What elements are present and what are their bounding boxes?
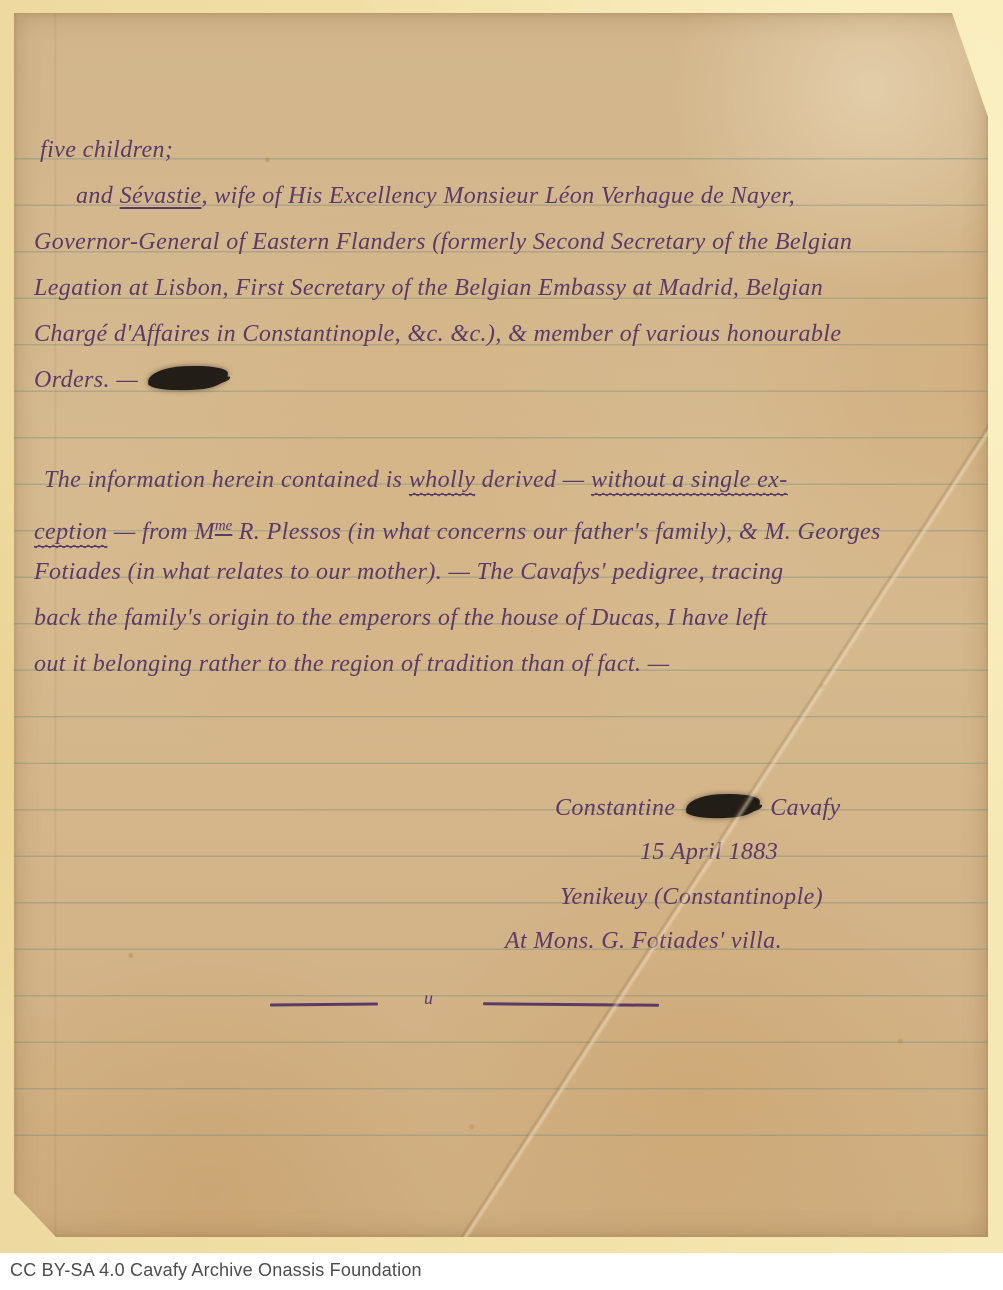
handwriting-line: At Mons. G. Fotiades' villa.: [505, 918, 782, 964]
divider-mark: u: [424, 988, 433, 1009]
handwriting-text: Constantine: [555, 795, 682, 821]
handwriting-text: Cavafy: [764, 795, 841, 821]
handwriting-line: Constantine Cavafy: [555, 785, 841, 831]
ink-blot-redaction: [685, 793, 760, 821]
handwriting-line: Yenikeuy (Constantinople): [560, 874, 823, 920]
handwriting-text: At Mons. G. Fotiades' villa.: [505, 928, 782, 954]
license-caption: CC BY-SA 4.0 Cavafy Archive Onassis Foun…: [0, 1253, 1003, 1287]
scanned-document-background: five children;and Sévastie, wife of His …: [0, 0, 1003, 1253]
divider-stroke-right: [483, 1002, 659, 1007]
license-caption-bar: CC BY-SA 4.0 Cavafy Archive Onassis Foun…: [0, 1253, 1003, 1290]
divider-stroke-left: [270, 1002, 378, 1006]
signature-block: Constantine Cavafy15 April 1883Yenikeuy …: [14, 13, 988, 1237]
closing-divider: u: [14, 992, 988, 1016]
handwriting-text: Yenikeuy (Constantinople): [560, 884, 823, 910]
handwriting-text: 15 April 1883: [640, 839, 778, 865]
handwriting-line: 15 April 1883: [640, 829, 778, 875]
manuscript-page: five children;and Sévastie, wife of His …: [14, 13, 988, 1237]
